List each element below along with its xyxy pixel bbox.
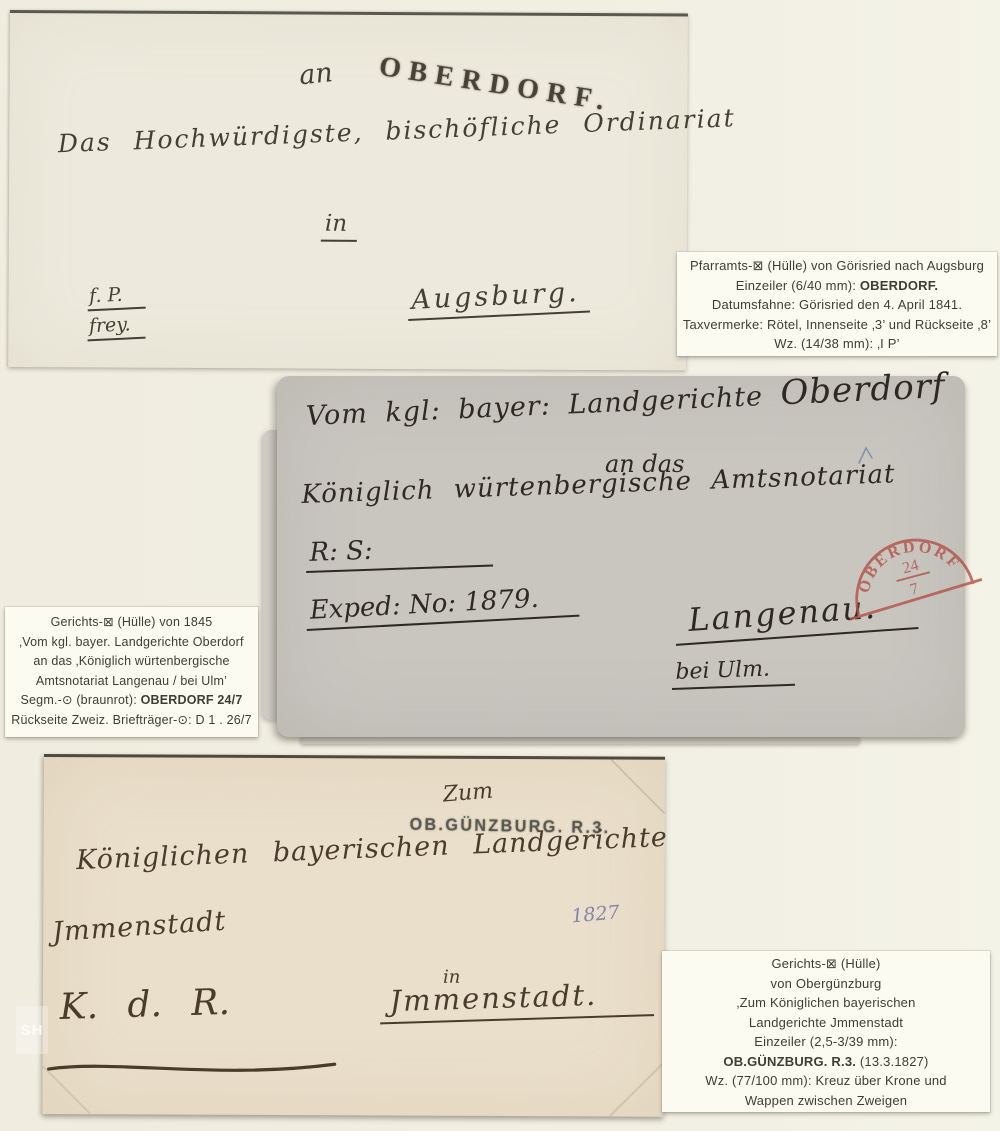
cover-obergunzburg-immenstadt: Zum OB.GÜNZBURG. R.3. Königlichen bayeri… — [42, 754, 665, 1117]
postmark-name: OBERDORF 24/7 — [141, 693, 243, 707]
card-line: an das ‚Königlich würtenbergische — [7, 652, 256, 672]
card-line: von Obergünzburg — [664, 974, 988, 994]
card-line: Gerichts-⊠ (Hülle) — [664, 954, 988, 974]
pencil-caret-mark — [857, 444, 875, 466]
card-line: Einzeiler (6/40 mm): OBERDORF. — [679, 276, 995, 296]
sender-city: Oberdorf — [780, 366, 947, 413]
card-line: Einzeiler (2,5-3/39 mm): — [664, 1032, 988, 1052]
handwriting-recipient: Königlichen bayerischen Landgerichte — [76, 822, 669, 876]
handwriting-bei-ulm: bei Ulm. — [671, 656, 795, 690]
card-line: ‚Vom kgl. bayer. Landgerichte Oberdorf — [7, 633, 256, 653]
corner-crease — [611, 759, 665, 813]
card-line: Landgerichte Jmmenstadt — [664, 1013, 988, 1033]
card-line: Rückseite Zweiz. Briefträger-⊙: D 1 . 26… — [7, 711, 256, 731]
postmark-name: OBERDORF. — [860, 278, 938, 293]
card-line: Amtsnotariat Langenau / bei Ulm’ — [7, 672, 256, 692]
catalog-card-goerisried: Pfarramts-⊠ (Hülle) von Görisried nach A… — [677, 252, 997, 356]
postmark-name: OB.GÜNZBURG. R.3. — [723, 1054, 856, 1069]
handwriting-rs: R: S: — [305, 531, 493, 573]
card-line: Wz. (14/38 mm): ‚I P’ — [679, 334, 995, 354]
postmark-month: 7 — [908, 580, 920, 599]
oberdorf-segment-postmark: OBERDORF 24 7 — [825, 496, 988, 637]
card-line: Pfarramts-⊠ (Hülle) von Görisried nach A… — [679, 256, 995, 276]
card-text: Einzeiler (6/40 mm): — [736, 278, 860, 293]
card-line: Segm.-⊙ (braunrot): OBERDORF 24/7 — [7, 691, 256, 711]
card-line: ‚Zum Königlichen bayerischen — [664, 993, 988, 1013]
card-line: Datumsfahne: Görisried den 4. April 1841… — [679, 295, 995, 315]
watermark-text: SH — [21, 1022, 44, 1039]
catalog-card-obergunzburg: Gerichts-⊠ (Hülle) von Obergünzburg ‚Zum… — [662, 951, 990, 1112]
collection-watermark: SH — [16, 1006, 48, 1054]
franco-note: f. P. frey. — [86, 285, 144, 345]
franco-line-1: f. P. — [87, 283, 146, 312]
handwriting-address: Das Hochwürdigste, bischöfliche Ordinari… — [57, 103, 736, 158]
flourish-underline — [47, 1055, 342, 1082]
catalog-card-oberdorf: Gerichts-⊠ (Hülle) von 1845 ‚Vom kgl. ba… — [5, 607, 258, 737]
handwriting-immenstadt: Jmmenstadt — [51, 906, 227, 948]
card-line: OB.GÜNZBURG. R.3. (13.3.1827) — [664, 1052, 988, 1072]
handwriting-exped-number: Exped: No: 1879. — [305, 582, 580, 631]
album-page: an OBERDORF. Das Hochwürdigste, bischöfl… — [0, 0, 1000, 1131]
corner-crease — [609, 1062, 663, 1116]
cover-goerisried-augsburg: an OBERDORF. Das Hochwürdigste, bischöfl… — [8, 10, 688, 371]
cover-oberdorf-langenau: Vom kgl: bayer: Landgerichte Oberdorf an… — [277, 376, 965, 737]
handwriting-zum: Zum — [442, 779, 494, 808]
handwriting-city-immenstadt: Jmmenstadt. — [379, 976, 654, 1024]
card-text: Segm.-⊙ (braunrot): — [20, 693, 140, 707]
handwriting-sender: Vom kgl: bayer: Landgerichte Oberdorf — [305, 366, 946, 434]
card-line: Wappen zwischen Zweigen — [664, 1091, 988, 1111]
handwriting-an: an — [298, 57, 334, 91]
handwriting-initials: K. d. R. — [59, 982, 230, 1028]
handwriting-in: in — [321, 211, 357, 242]
pencil-year-note: 1827 — [570, 901, 620, 927]
card-line: Taxvermerke: Rötel, Innenseite ‚3’ und R… — [679, 315, 995, 335]
handwriting-recipient: Königlich würtenbergische Amtsnotariat — [301, 459, 896, 510]
franco-line-2: frey. — [86, 313, 145, 342]
handwriting-city-augsburg: Augsburg. — [407, 276, 591, 321]
card-text: (13.3.1827) — [856, 1054, 929, 1069]
card-line: Wz. (77/100 mm): Kreuz über Krone und — [664, 1071, 988, 1091]
sender-text: Vom kgl: bayer: Landgerichte — [305, 380, 781, 432]
postmark-day: 24 — [901, 557, 921, 578]
card-line: Gerichts-⊠ (Hülle) von 1845 — [7, 613, 256, 633]
